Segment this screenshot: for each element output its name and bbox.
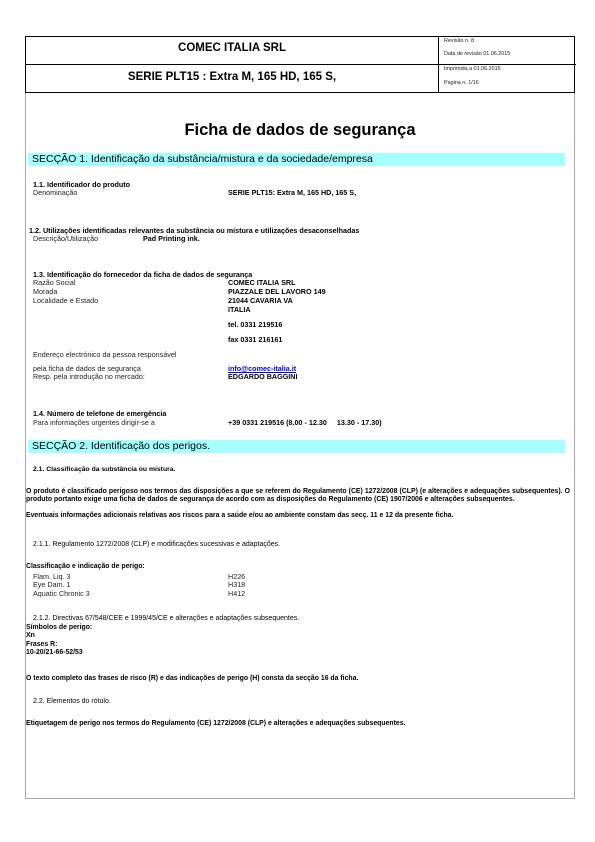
document-header: COMEC ITALIA SRL SERIE PLT15 : Extra M, … <box>25 36 575 93</box>
s1-3-label-2: Localidade e Estado <box>33 296 98 305</box>
header-divider <box>26 64 576 65</box>
s1-4-value: +39 0331 219516 (8.00 - 12.30 13.30 - 17… <box>228 418 382 427</box>
document-title: Ficha de dados de segurança <box>25 121 575 140</box>
s2-2-heading: 2.2. Elementos do rótulo. <box>33 698 111 705</box>
s1-3-value-2: 21044 CAVARIA VA <box>228 296 293 305</box>
s2-1-2-symbols-value: Xn <box>26 632 35 640</box>
s2-1-2-heading: 2.1.2. Directivas 67/548/CEE e 1999/45/C… <box>33 615 299 622</box>
s1-2-label: Descrição/Utilização <box>33 234 98 243</box>
s1-4-heading: 1.4. Número de telefone de emergência <box>33 409 166 418</box>
s1-1-label: Denominação <box>33 188 77 197</box>
s2-1-paragraph: O produto é classificado perigoso nos te… <box>26 488 570 504</box>
s1-3-resp-value: EDGARDO BAGGINI <box>228 372 297 381</box>
s1-1-value: SERIE PLT15: Extra M, 165 HD, 165 S, <box>228 188 356 197</box>
class-name-1: Eye Dam. 1 <box>33 580 71 589</box>
header-product: SERIE PLT15 : Extra M, 165 HD, 165 S, <box>26 71 438 83</box>
s2-1-heading: 2.1. Classificação da substância ou mist… <box>33 466 175 473</box>
s1-3-email-label-1: Endereço electrónico da pessoa responsáv… <box>33 350 176 359</box>
class-code-1: H318 <box>228 580 245 589</box>
section-2-band: SECÇÃO 2. Identificação dos perigos. <box>28 440 565 453</box>
class-code-2: H412 <box>228 589 245 598</box>
s1-3-resp-label: Resp. pela introdução no mercado: <box>33 372 145 381</box>
section-2-heading: SECÇÃO 2. Identificação dos perigos. <box>32 440 210 453</box>
s1-2-value: Pad Printing ink. <box>143 234 200 243</box>
header-page-number: Pagina n. 1/16 <box>444 80 479 86</box>
header-printed-date: Imprimida a 01.06.2015 <box>444 66 501 72</box>
s1-3-fax: fax 0331 216161 <box>228 335 282 344</box>
s2-1-2-symbols-label: Símbolos de perigo: <box>26 624 92 632</box>
s2-1-2-note: O texto completo das frases de risco (R)… <box>26 675 358 683</box>
section-1-heading: SECÇÃO 1. Identificação da substância/mi… <box>32 153 373 166</box>
s2-2-text: Etiquetagem de perigo nos termos do Regu… <box>26 720 405 728</box>
s2-1-paragraph-2: Eventuais informações adicionais relativ… <box>26 512 453 520</box>
header-company: COMEC ITALIA SRL <box>26 42 438 54</box>
s2-1-2-phrases-label: Frases R: <box>26 641 57 649</box>
s1-3-label-1: Morada <box>33 287 57 296</box>
s2-1-2-phrases-value: 10-20/21-66-52/53 <box>26 649 83 657</box>
s2-1-1-heading: 2.1.1. Regulamento 1272/2008 (CLP) e mod… <box>33 541 280 548</box>
s1-3-label-0: Razão Social <box>33 278 75 287</box>
header-revision: Revisão n. 8 <box>444 38 474 44</box>
s1-3-value-0: COMEC ITALIA SRL <box>228 278 295 287</box>
s2-1-1-class-label: Classificação e indicação de perigo: <box>26 563 145 571</box>
s1-4-label: Para informações urgentes dirigir-se a <box>33 418 155 427</box>
s1-3-country: ITALIA <box>228 305 251 314</box>
class-name-2: Aquatic Chronic 3 <box>33 589 90 598</box>
s1-3-value-1: PIAZZALE DEL LAVORO 149 <box>228 287 326 296</box>
s1-3-tel: tel. 0331 219516 <box>228 320 282 329</box>
section-1-band: SECÇÃO 1. Identificação da substância/mi… <box>28 153 565 166</box>
header-revision-date: Data de revisão 01.06.2015 <box>444 51 510 57</box>
